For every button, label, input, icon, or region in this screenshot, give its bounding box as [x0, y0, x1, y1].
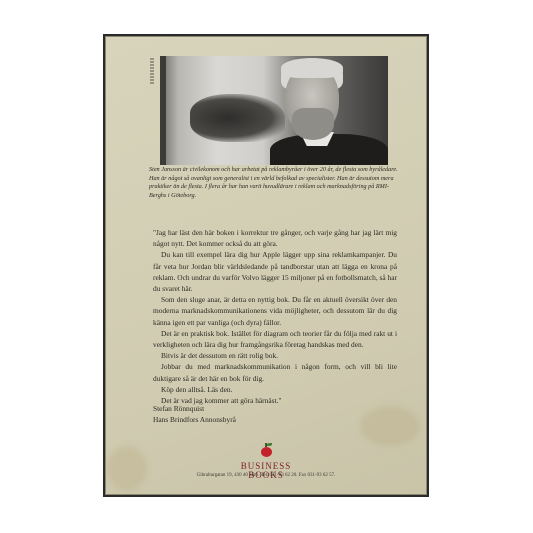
quote-paragraph: Du kan till exempel lära dig hur Apple l… [153, 249, 397, 294]
author-photo [160, 56, 388, 165]
signature-company: Hans Brindfors Annonsbyrå [153, 414, 236, 425]
signature-name: Stefan Rönnquist [153, 403, 236, 414]
signature: Stefan Rönnquist Hans Brindfors Annonsby… [153, 403, 236, 425]
publisher-address: Gibraltargatan 19, 430 40 Särö. Tel. 031… [105, 473, 427, 478]
quote-paragraph: Jobbar du med marknadskommunikation i nå… [153, 361, 397, 383]
author-caption: Sten Jansson är civilekonom och har arbe… [149, 166, 401, 200]
apple-icon [261, 447, 272, 457]
quote-paragraph: Köp den alltså. Läs den. [153, 384, 397, 395]
author-beard [292, 108, 334, 140]
author-hair-top [281, 58, 343, 78]
painting-frame [160, 56, 166, 165]
testimonial-quote: "Jag har läst den här boken i korrektur … [153, 227, 397, 406]
painting-figures [190, 94, 285, 142]
book-back-cover: Sten Jansson är civilekonom och har arbe… [103, 34, 429, 497]
photo-credit [150, 58, 154, 84]
quote-paragraph: "Jag har läst den här boken i korrektur … [153, 227, 397, 249]
quote-paragraph: Det är en praktisk bok. Istället för dia… [153, 328, 397, 350]
quote-paragraph: Bitvis är det dessutom en rätt rolig bok… [153, 350, 397, 361]
quote-paragraph: Som den sluge anar, är detta en nyttig b… [153, 294, 397, 328]
paper-stain [360, 406, 420, 446]
